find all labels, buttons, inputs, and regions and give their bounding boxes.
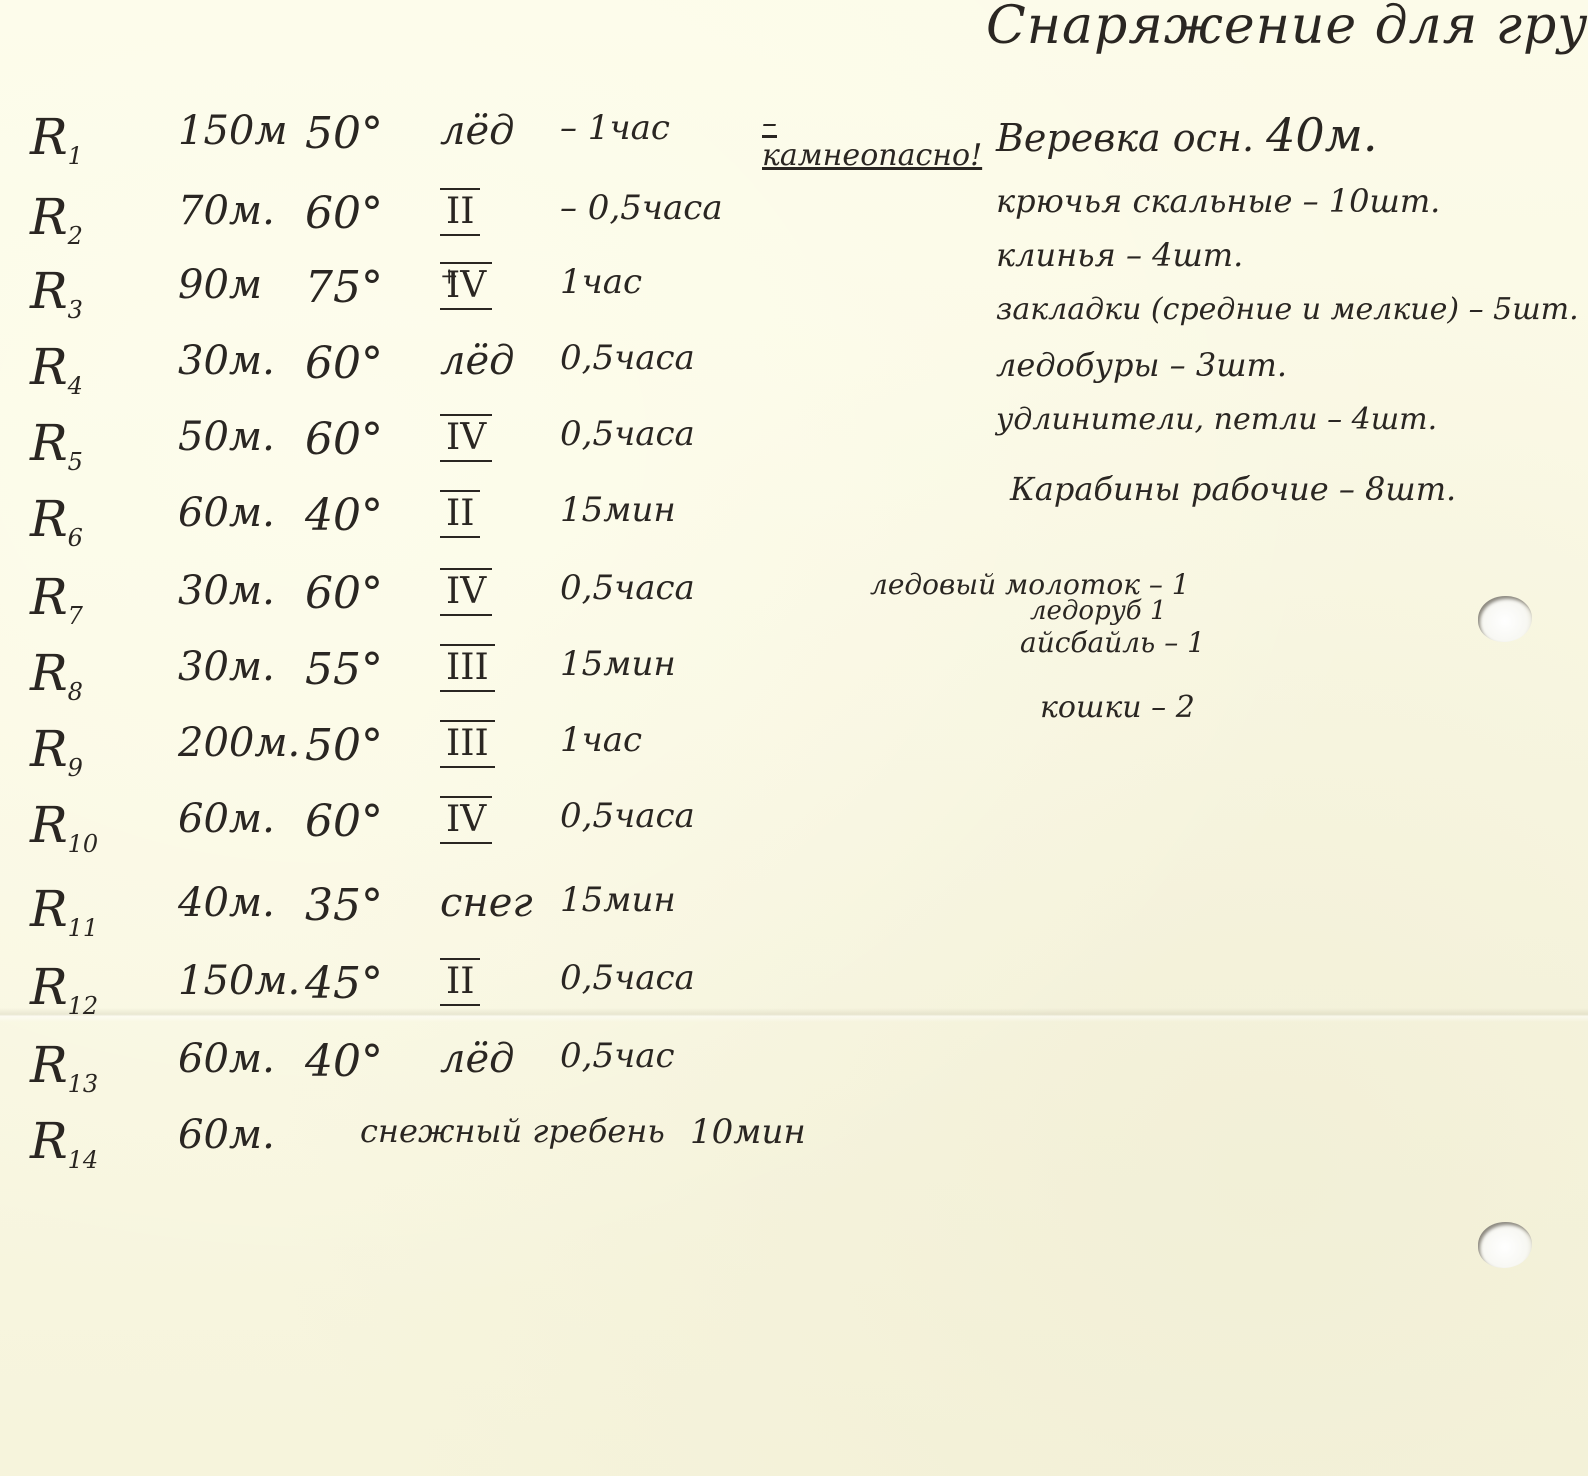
equipment-item: крючья скальные – 10шт. [996, 182, 1440, 220]
equipment-item: айсбайль – 1 [1020, 626, 1205, 659]
equipment-qty: 2 [1176, 690, 1195, 725]
equipment-item: клинья – 4шт. [996, 236, 1243, 274]
equipment-qty: 1 [1150, 596, 1167, 626]
route-label: R3 [30, 262, 83, 324]
equipment-name: удлинители, петли [996, 402, 1318, 437]
route-length: 150м. [178, 958, 300, 1004]
route-angle: 35° [305, 880, 383, 931]
route-length: 90м [178, 262, 262, 308]
route-length: 30м. [178, 338, 275, 384]
equipment-qty: 8шт. [1365, 470, 1456, 508]
handwritten-page: Снаряжение для группы R1150м50°лёд– 1час… [0, 0, 1588, 1476]
route-label: R12 [30, 958, 98, 1020]
route-length: 60м. [178, 796, 275, 842]
equipment-name: ледоруб [1030, 596, 1142, 626]
route-length: 60м. [178, 490, 275, 536]
punch-hole [1478, 1222, 1532, 1268]
route-length: 200м. [178, 720, 300, 766]
route-length: 150м [178, 108, 288, 154]
route-angle: 40° [305, 1036, 383, 1087]
route-angle: 75° [305, 262, 383, 313]
punch-hole [1478, 596, 1532, 642]
equipment-item: закладки (средние и мелкие) – 5шт. [996, 292, 1579, 327]
equipment-qty: 1 [1187, 626, 1205, 659]
equipment-name: закладки (средние и мелкие) [996, 292, 1459, 327]
route-length: 70м. [178, 188, 275, 234]
route-label: R10 [30, 796, 98, 858]
equipment-qty: 3шт. [1196, 346, 1287, 384]
route-category: снежный гребень [360, 1112, 665, 1150]
route-time: 0,5часа [560, 568, 695, 608]
route-label: R14 [30, 1112, 98, 1174]
equipment-name: айсбайль [1020, 626, 1155, 659]
route-angle: 60° [305, 188, 383, 239]
route-angle: 60° [305, 414, 383, 465]
route-angle: 50° [305, 720, 383, 771]
equipment-name: ледобуры [996, 346, 1160, 384]
route-time: – 1час [560, 108, 670, 148]
route-angle: 60° [305, 338, 383, 389]
equipment-qty: 40м. [1266, 108, 1377, 162]
route-label: R1 [30, 108, 83, 170]
route-time: 0,5часа [560, 958, 695, 998]
route-category: лёд [440, 108, 515, 154]
route-label: R5 [30, 414, 83, 476]
equipment-name: клинья [996, 236, 1116, 274]
route-label: R4 [30, 338, 83, 400]
route-label: R7 [30, 568, 83, 630]
route-label: R2 [30, 188, 83, 250]
route-time: 0,5часа [560, 796, 695, 836]
equipment-title: Снаряжение для группы [986, 0, 1588, 56]
route-time: 0,5час [560, 1036, 675, 1076]
equipment-item: удлинители, петли – 4шт. [996, 402, 1437, 437]
equipment-name: крючья скальные [996, 182, 1292, 220]
route-length: 60м. [178, 1036, 275, 1082]
equipment-item: ледоруб 1 [1030, 596, 1166, 626]
route-label: R11 [30, 880, 98, 942]
route-length: 50м. [178, 414, 275, 460]
equipment-item: Карабины рабочие – 8шт. [1010, 470, 1456, 508]
route-category: IV+ [440, 262, 458, 308]
route-label: R9 [30, 720, 83, 782]
equipment-item: кошки – 2 [1040, 690, 1195, 725]
route-time: 1час [560, 262, 642, 302]
equipment-qty: 1 [1172, 568, 1190, 601]
route-label: R8 [30, 644, 83, 706]
route-time: – 0,5часа [560, 188, 723, 228]
equipment-name: кошки [1040, 690, 1142, 725]
route-length: 30м. [178, 644, 275, 690]
route-angle: 40° [305, 490, 383, 541]
route-label: R13 [30, 1036, 98, 1098]
equipment-qty: 10шт. [1329, 182, 1441, 220]
equipment-qty: 4шт. [1352, 402, 1438, 437]
route-time: 0,5часа [560, 414, 695, 454]
route-time: 15мин [560, 490, 676, 530]
route-angle: 60° [305, 796, 383, 847]
route-time: 15мин [560, 880, 676, 920]
route-angle: 55° [305, 644, 383, 695]
equipment-qty: 4шт. [1152, 236, 1243, 274]
route-angle: 50° [305, 108, 383, 159]
equipment-name: Веревка осн. [996, 116, 1254, 160]
route-length: 40м. [178, 880, 275, 926]
route-length: 60м. [178, 1112, 275, 1158]
equipment-item: Веревка осн. 40м. [996, 108, 1377, 162]
route-angle: 45° [305, 958, 383, 1009]
route-time: 10мин [690, 1112, 806, 1152]
route-category: лёд [440, 338, 515, 384]
route-time: 1час [560, 720, 642, 760]
equipment-name: Карабины рабочие [1010, 470, 1329, 508]
route-time: 0,5часа [560, 338, 695, 378]
equipment-item: ледобуры – 3шт. [996, 346, 1287, 384]
paper-fold-line [0, 1008, 1588, 1022]
equipment-qty: 5шт. [1493, 292, 1579, 327]
route-time: 15мин [560, 644, 676, 684]
route-category: снег [440, 880, 533, 926]
route-length: 30м. [178, 568, 275, 614]
route-angle: 60° [305, 568, 383, 619]
route-label: R6 [30, 490, 83, 552]
route-category: лёд [440, 1036, 515, 1082]
